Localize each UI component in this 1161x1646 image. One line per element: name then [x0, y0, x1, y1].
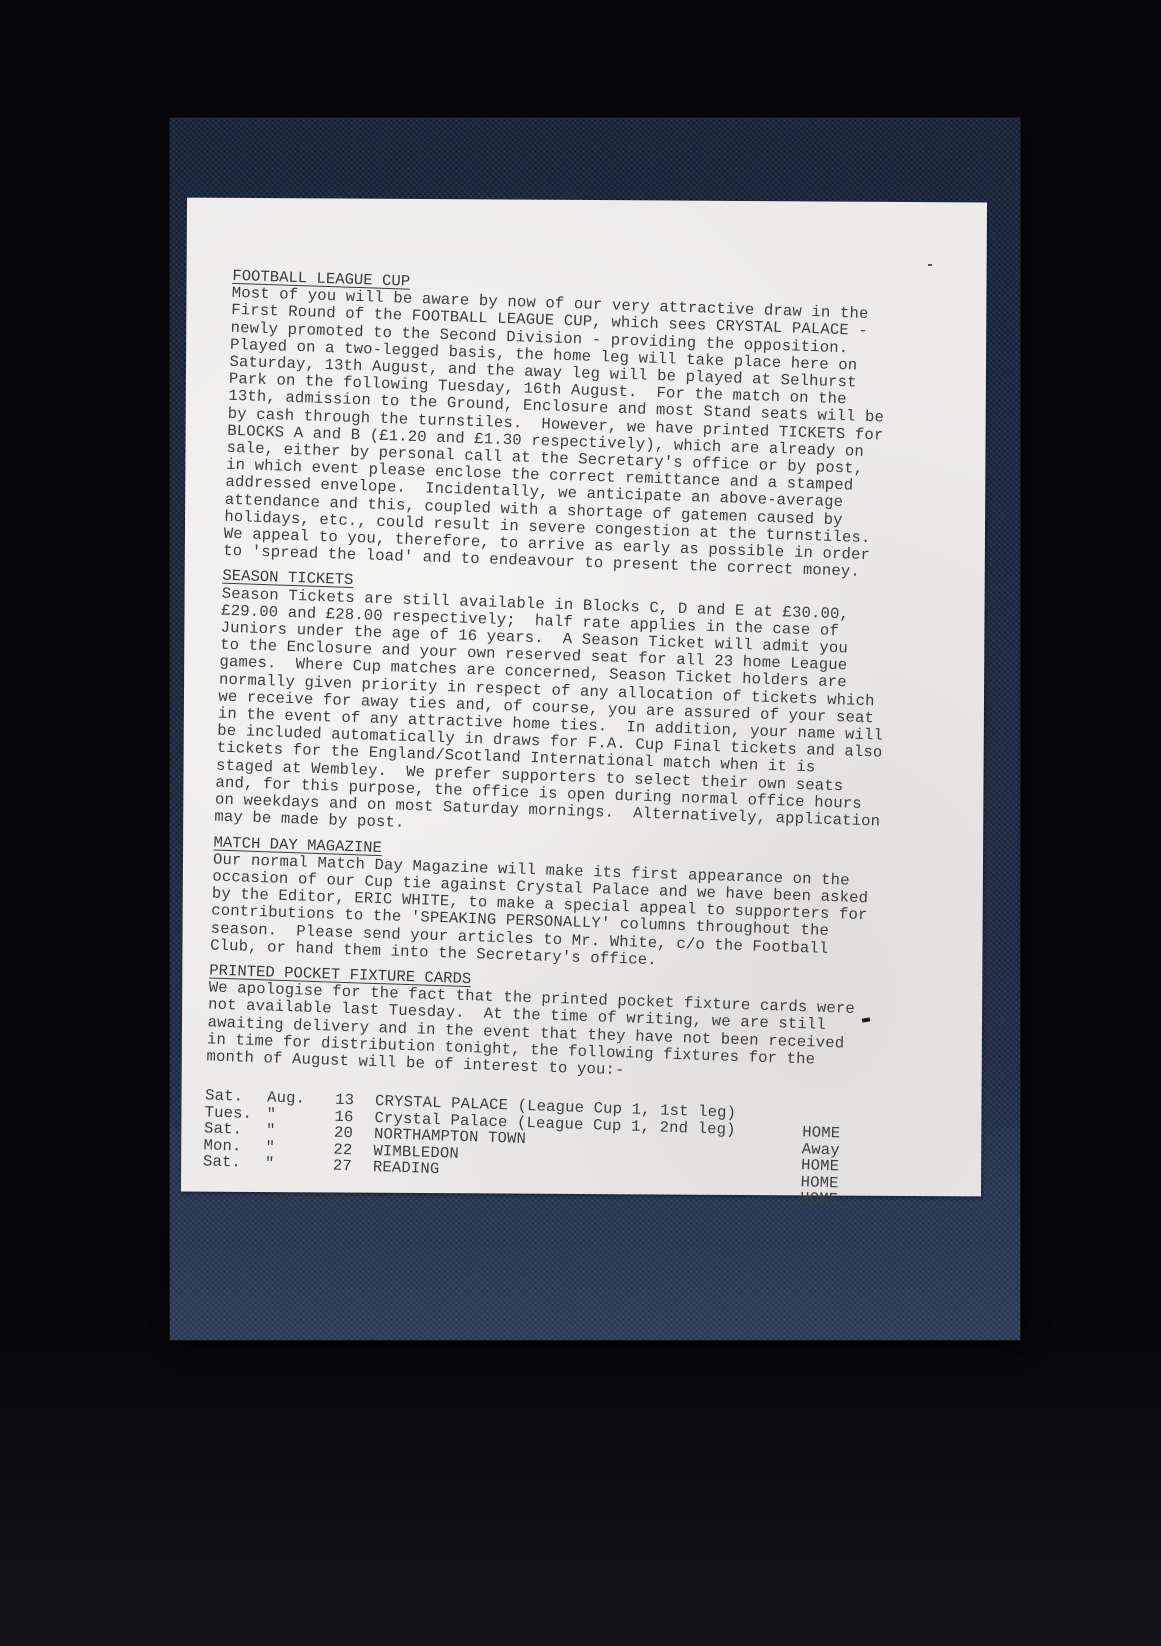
fixture-venue-column: HOMEAwayHOMEHOMEHOME	[800, 1124, 863, 1208]
typed-paper-sheet: FOOTBALL LEAGUE CUP Most of you will be …	[181, 198, 987, 1197]
fixture-date: 27	[333, 1158, 368, 1176]
paper-edge-mark	[928, 264, 932, 266]
section-football-league-cup: FOOTBALL LEAGUE CUP Most of you will be …	[223, 268, 952, 584]
fixture-day: Sat.	[203, 1153, 266, 1172]
fixture-list: Sat.Aug.13CRYSTAL PALACE (League Cup 1, …	[203, 1088, 925, 1194]
fixture-venue: HOME	[800, 1190, 861, 1208]
section-paragraph: Our normal Match Day Magazine will make …	[210, 851, 933, 978]
section-pocket-fixture-cards: PRINTED POCKET FIXTURE CARDS We apologis…	[206, 962, 929, 1089]
section-paragraph: Most of you will be aware by now of our …	[223, 285, 952, 584]
fixture-month: "	[265, 1156, 334, 1175]
section-match-day-magazine: MATCH DAY MAGAZINE Our normal Match Day …	[210, 834, 934, 978]
fixture-date: 13	[335, 1092, 370, 1110]
section-season-tickets: SEASON TICKETS Season Tickets are still …	[214, 568, 942, 850]
fixture-date: 20	[334, 1125, 369, 1143]
section-paragraph: Season Tickets are still available in Bl…	[214, 585, 942, 850]
document-body: FOOTBALL LEAGUE CUP Most of you will be …	[203, 268, 953, 1194]
section-paragraph: We apologise for the fact that the print…	[206, 980, 928, 1090]
